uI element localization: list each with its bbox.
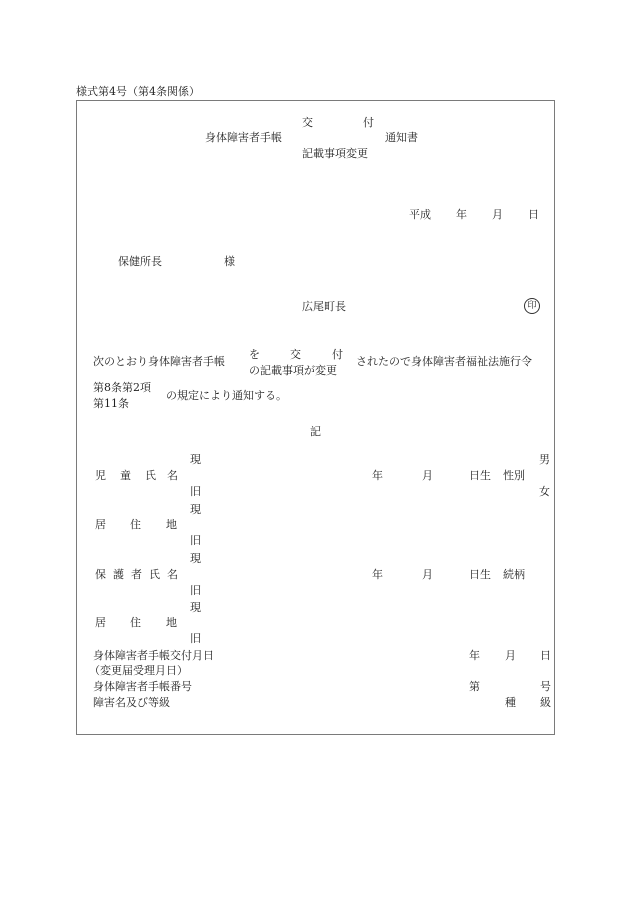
guardian-label-1: 保 [95, 568, 106, 581]
guardian-birth-year: 年 [372, 568, 383, 581]
title-option-issue-2: 付 [363, 116, 374, 129]
title-suffix: 通知書 [385, 131, 418, 144]
residence2-previous: 旧 [190, 632, 201, 645]
issue-date-day: 日 [540, 649, 551, 662]
residence1-label-1: 居 [95, 518, 106, 531]
child-sex-female: 女 [539, 485, 550, 498]
body-line2-opt-a: 第8条第2項 [93, 381, 151, 394]
guardian-birth-month: 月 [422, 568, 433, 581]
child-name-previous: 旧 [190, 485, 201, 498]
body-line1-prefix: 次のとおり身体障害者手帳 [93, 355, 225, 368]
body-line1-opt-wo: を [249, 348, 260, 361]
child-birth-day: 日生 [469, 469, 491, 482]
body-line2-opt-b: 第11条 [93, 397, 129, 410]
issue-date-sublabel: （変更届受理月日） [89, 664, 188, 677]
disability-type: 種 [505, 696, 516, 709]
date-era: 平成 [409, 208, 431, 221]
addressee-honorific: 様 [224, 255, 235, 268]
booklet-number-label: 身体障害者手帳番号 [93, 680, 192, 693]
booklet-number-suffix: 号 [540, 680, 551, 693]
guardian-current: 現 [190, 552, 201, 565]
issue-date-label: 身体障害者手帳交付月日 [93, 649, 214, 662]
title-option-change: 記載事項変更 [302, 147, 368, 160]
sender-name: 広尾町長 [302, 300, 346, 313]
guardian-label-5: 名 [167, 568, 178, 581]
ki-heading: 記 [310, 425, 321, 438]
addressee-name: 保健所長 [118, 255, 162, 268]
residence2-label-3: 地 [166, 616, 177, 629]
disability-grade: 級 [540, 696, 551, 709]
residence2-current: 現 [190, 601, 201, 614]
child-birth-month: 月 [422, 469, 433, 482]
residence2-label-1: 居 [95, 616, 106, 629]
booklet-number-prefix: 第 [469, 680, 480, 693]
child-sex-male: 男 [539, 453, 550, 466]
guardian-label-3: 者 [131, 568, 142, 581]
child-name-label-2: 童 [120, 469, 131, 482]
body-line1-suffix: されたので身体障害者福祉法施行令 [356, 355, 532, 368]
notice-frame [76, 100, 555, 735]
child-name-label-4: 名 [167, 469, 178, 482]
title-subject: 身体障害者手帳 [205, 131, 282, 144]
seal-icon: 印 [524, 298, 540, 314]
body-line1-opt-issue-2: 付 [332, 348, 343, 361]
date-day: 日 [528, 208, 539, 221]
guardian-previous: 旧 [190, 584, 201, 597]
residence2-label-2: 住 [130, 616, 141, 629]
guardian-label-2: 護 [113, 568, 124, 581]
seal-label: 印 [527, 301, 536, 311]
child-name-current: 現 [190, 453, 201, 466]
form-number-label: 様式第4号（第4条関係） [76, 85, 200, 98]
residence1-label-2: 住 [130, 518, 141, 531]
child-birth-year: 年 [372, 469, 383, 482]
residence1-previous: 旧 [190, 534, 201, 547]
child-name-label-1: 児 [95, 469, 106, 482]
issue-date-month: 月 [505, 649, 516, 662]
residence1-label-3: 地 [166, 518, 177, 531]
body-line2-suffix: の規定により通知する。 [166, 389, 287, 402]
date-year: 年 [456, 208, 467, 221]
child-sex-label: 性別 [503, 469, 525, 482]
body-line1-opt-issue-1: 交 [290, 348, 301, 361]
guardian-relation-label: 続柄 [503, 568, 525, 581]
child-name-label-3: 氏 [145, 469, 156, 482]
date-month: 月 [492, 208, 503, 221]
issue-date-year: 年 [469, 649, 480, 662]
title-option-issue-1: 交 [302, 116, 313, 129]
disability-grade-label: 障害名及び等級 [93, 696, 170, 709]
guardian-birth-day: 日生 [469, 568, 491, 581]
guardian-label-4: 氏 [149, 568, 160, 581]
body-line1-opt-change: の記載事項が変更 [249, 364, 337, 377]
residence1-current: 現 [190, 503, 201, 516]
